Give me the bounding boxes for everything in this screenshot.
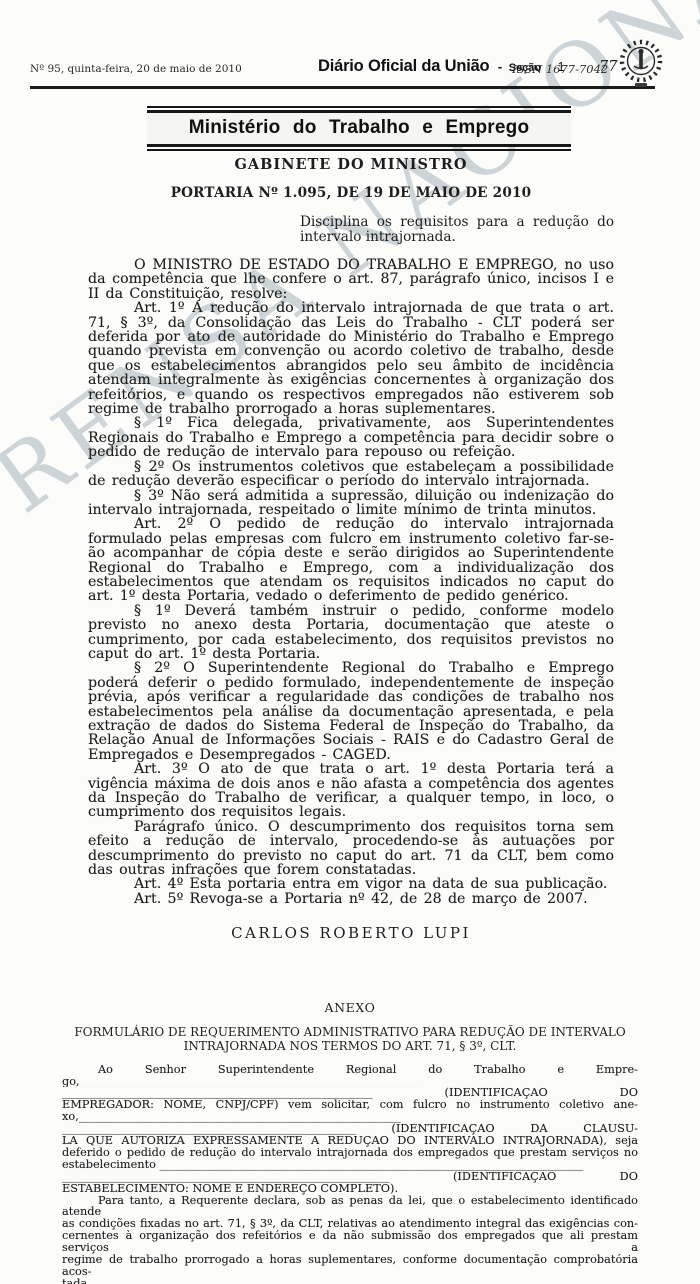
portaria-paragraph: § 2º Os instrumentos coletivos que estab… (88, 460, 614, 489)
annex-form-title-line1: FORMULÁRIO DE REQUERIMENTO ADMINISTRATIV… (62, 1026, 638, 1040)
annex-line: go,_____________________________________… (62, 1076, 638, 1088)
ministry-banner-title: Ministério do Trabalho e Emprego (147, 113, 571, 144)
annex-line: ________________________________________… (62, 1171, 638, 1183)
annex-line: ________________________________________… (62, 1123, 638, 1135)
portaria-paragraph: Art. 2º O pedido de redução do intervalo… (88, 517, 614, 603)
portaria-paragraph: Parágrafo único. O descumprimento dos re… (88, 820, 614, 878)
portaria-paragraph: Art. 3º O ato de que trata o art. 1º des… (88, 762, 614, 820)
annex-line: tada. (62, 1278, 638, 1284)
masthead-title: Diário Oficial da União (318, 57, 489, 75)
annex-line: as condições fixadas no art. 71, § 3º, d… (62, 1218, 638, 1230)
header-rule (30, 86, 655, 89)
annex-line: regime de trabalho prorrogado a horas su… (62, 1254, 638, 1278)
annex-line: deferido o pedido de redução do interval… (62, 1147, 638, 1159)
annex-line: ESTABELECIMENTO: NOME E ENDEREÇO COMPLET… (62, 1183, 638, 1195)
page-number: 77 (599, 59, 617, 75)
annex-form-title-line2: INTRAJORNADA NOS TERMOS DO ART. 71, § 3º… (62, 1040, 638, 1054)
portaria-article: GABINETE DO MINISTRO PORTARIA Nº 1.095, … (88, 156, 614, 942)
portaria-ementa: Disciplina os requisitos para a redução … (300, 215, 614, 245)
gazette-page: IMPRENSA NACIONAL Nº 95, quinta-feira, 2… (0, 0, 700, 1284)
annex-form-body: Ao Senhor Superintendente Regional do Tr… (62, 1064, 638, 1284)
annex-line: Ao Senhor Superintendente Regional do Tr… (62, 1064, 638, 1076)
signature-name: CARLOS ROBERTO LUPI (88, 924, 614, 942)
annex-line: ________________________________________… (62, 1087, 638, 1099)
portaria-paragraph: § 1º Deverá também instruir o pedido, co… (88, 604, 614, 662)
banner-rule-bottom-thin (147, 149, 571, 151)
ministry-banner: Ministério do Trabalho e Emprego (147, 106, 571, 151)
masthead-separator: - (498, 59, 502, 74)
portaria-title: PORTARIA Nº 1.095, DE 19 DE MAIO DE 2010 (88, 185, 614, 201)
issn: ISSN 1677-7042 (512, 62, 608, 76)
annex-line: Para tanto, a Requerente declara, sob as… (62, 1195, 638, 1219)
portaria-paragraph: § 2º O Superintendente Regional do Traba… (88, 661, 614, 762)
portaria-paragraph: Art. 5º Revoga-se a Portaria nº 42, de 2… (88, 892, 614, 906)
office-heading: GABINETE DO MINISTRO (88, 156, 614, 173)
annex-section: ANEXO FORMULÁRIO DE REQUERIMENTO ADMINIS… (62, 1000, 638, 1284)
annex-line: xo,_____________________________________… (62, 1111, 638, 1123)
annex-line: estabelecimento ________________________… (62, 1159, 638, 1171)
portaria-paragraph: § 1º Fica delegada, privativamente, aos … (88, 416, 614, 459)
imprensa-nacional-seal-icon (617, 36, 665, 92)
annex-line: EMPREGADOR: NOME, CNPJ/CPF) vem solicita… (62, 1099, 638, 1111)
portaria-paragraph: § 3º Não será admitida a supressão, dilu… (88, 489, 614, 518)
annex-heading: ANEXO (62, 1000, 638, 1015)
edition-date: Nº 95, quinta-feira, 20 de maio de 2010 (30, 63, 242, 75)
portaria-paragraph: O MINISTRO DE ESTADO DO TRABALHO E EMPRE… (88, 258, 614, 301)
annex-line: cernentes à organização dos refeitórios … (62, 1230, 638, 1254)
portaria-paragraph: Art. 4º Esta portaria entra em vigor na … (88, 877, 614, 891)
annex-line: LA QUE AUTORIZA EXPRESSAMENTE A REDUÇÃO … (62, 1135, 638, 1147)
portaria-paragraph: Art. 1º A redução do intervalo intrajorn… (88, 301, 614, 416)
